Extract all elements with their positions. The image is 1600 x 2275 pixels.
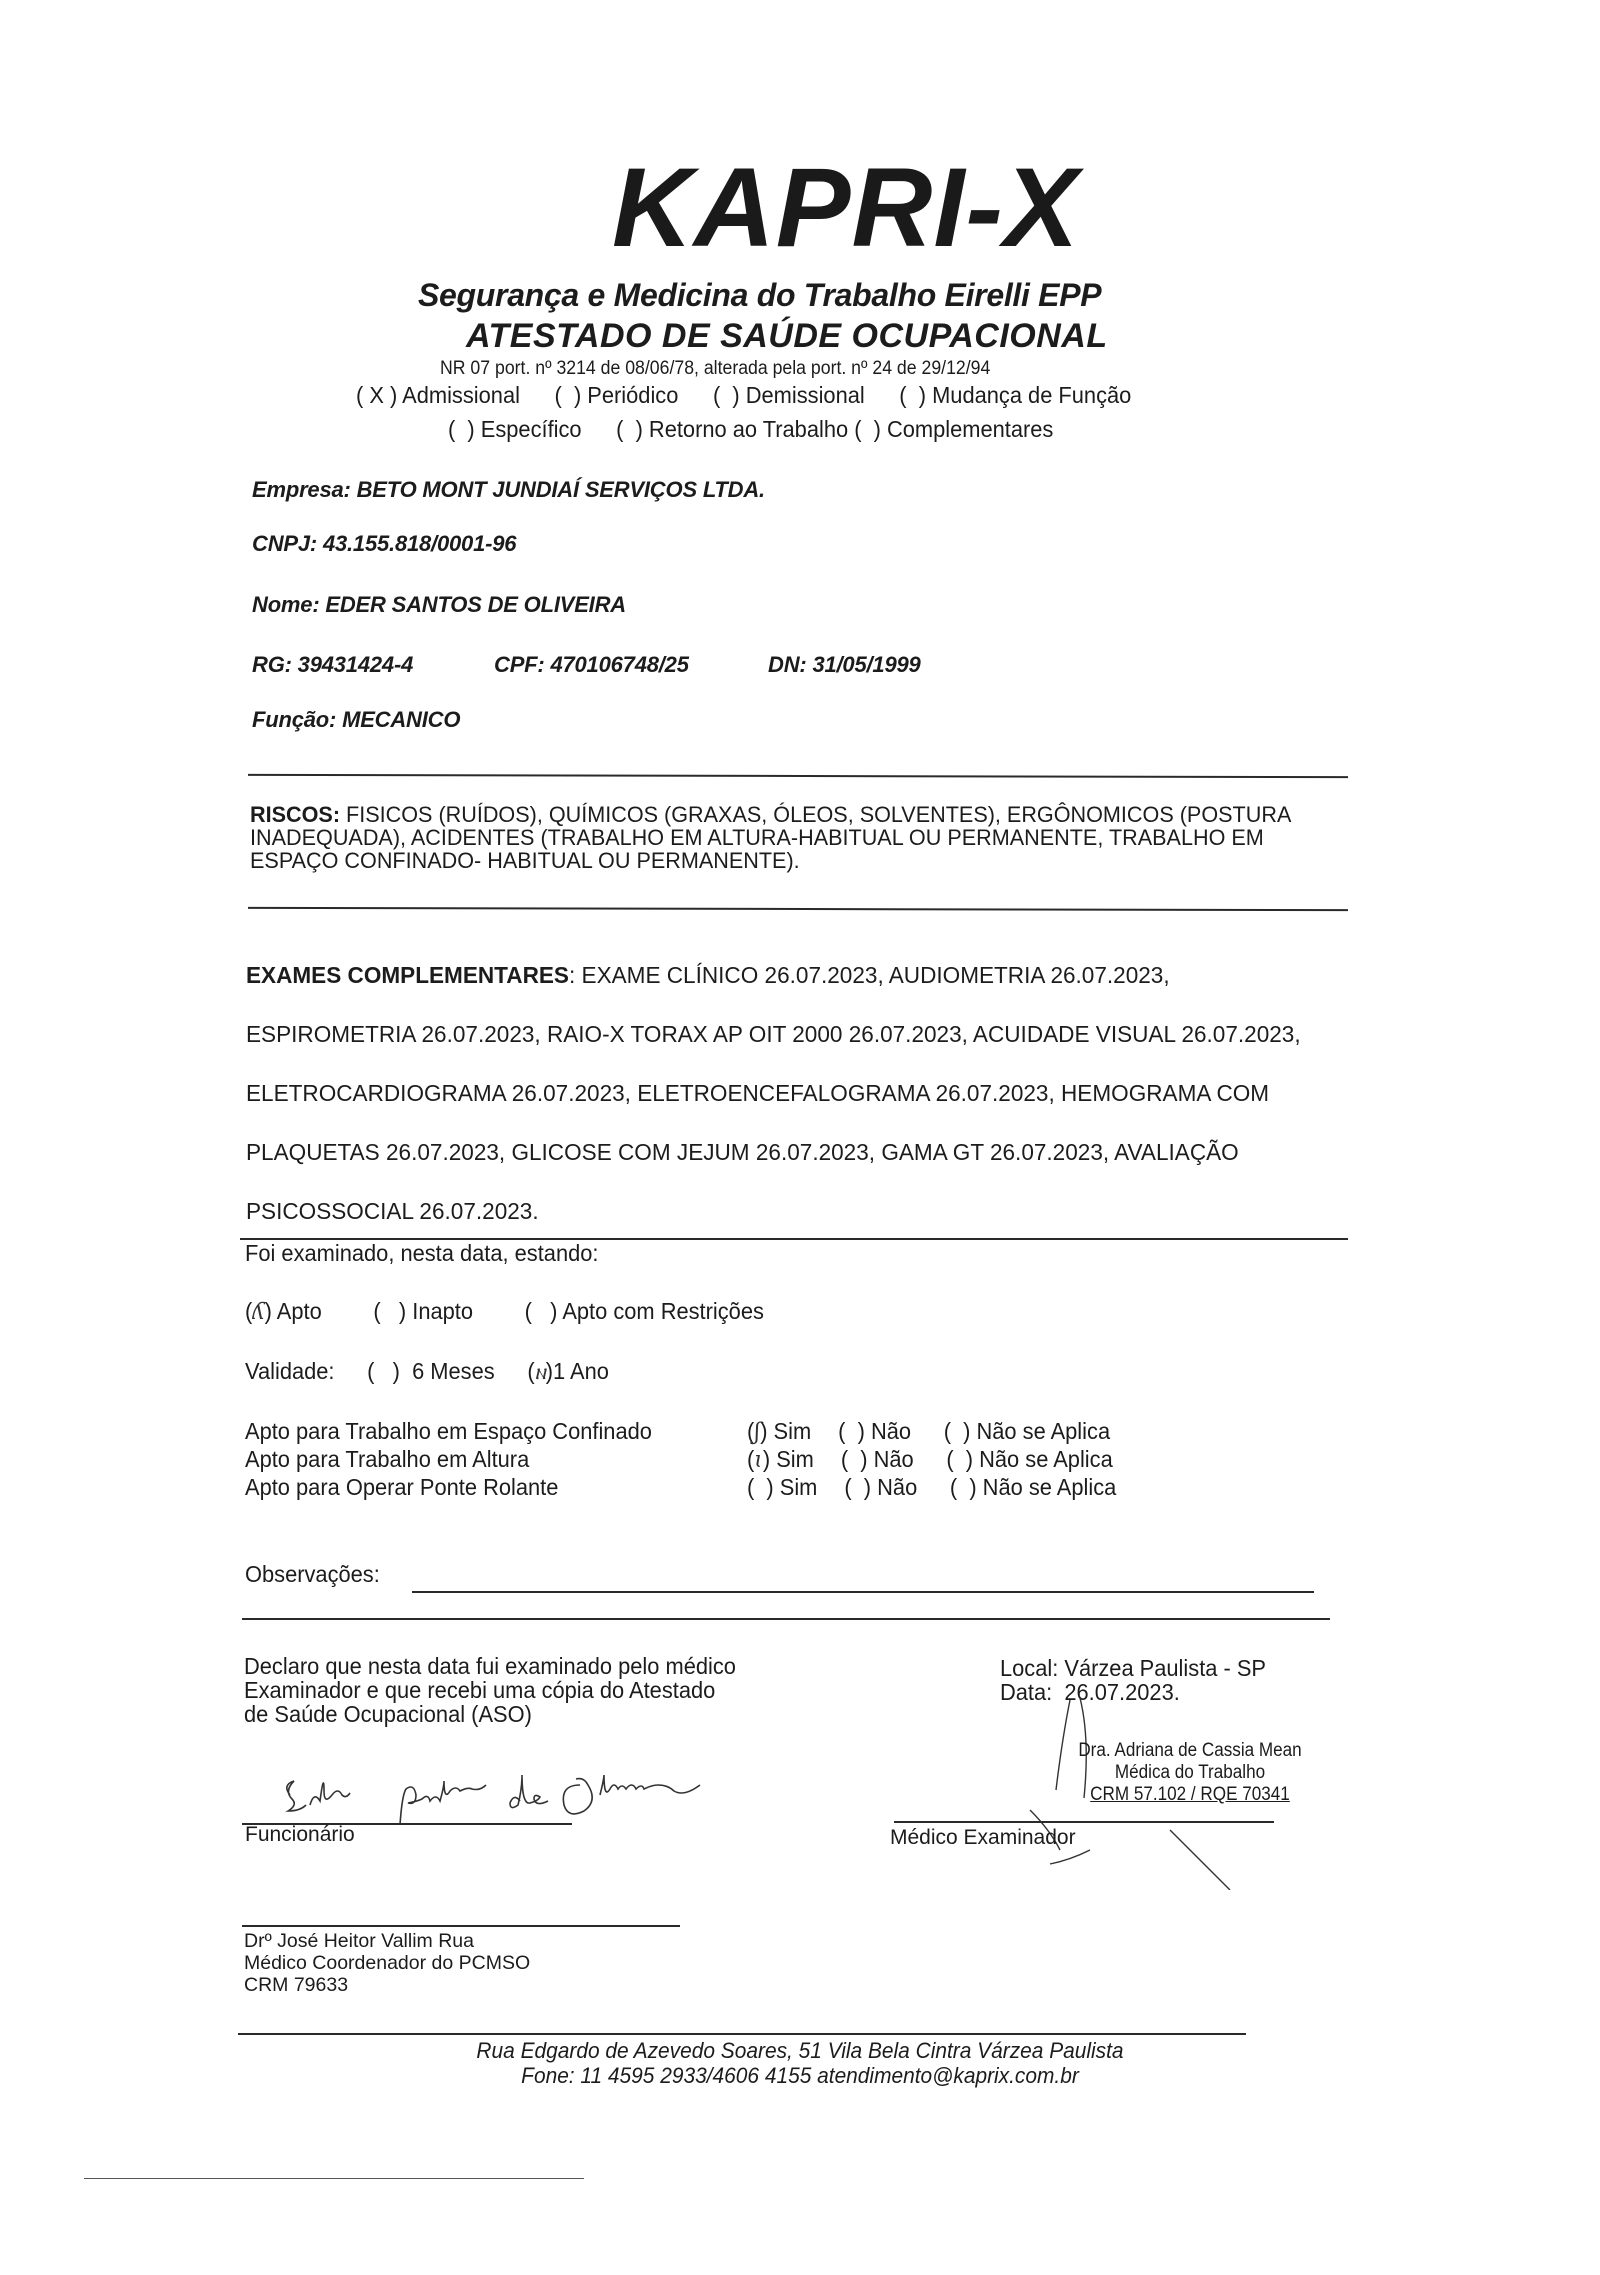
- checkbox-mark: X: [369, 382, 384, 408]
- option-label: 6 Meses: [412, 1358, 495, 1384]
- coordinator-crm: CRM 79633: [244, 1974, 530, 1996]
- local-field: Local: Várzea Paulista - SP: [1000, 1656, 1266, 1680]
- exames-section: EXAMES COMPLEMENTARES: EXAME CLÍNICO 26.…: [246, 946, 1340, 1241]
- option-label: Não se Aplica: [976, 1418, 1110, 1444]
- field-value: 470106748/25: [550, 652, 688, 677]
- option-label: 1 Ano: [553, 1358, 609, 1384]
- coordinator-signature-line: [242, 1925, 680, 1927]
- capability-label: Apto para Operar Ponte Rolante: [245, 1474, 741, 1501]
- nome-field: Nome: EDER SANTOS DE OLIVEIRA: [252, 592, 626, 618]
- option-label: Não se Aplica: [983, 1474, 1117, 1500]
- coordinator-role: Médico Coordenador do PCMSO: [244, 1952, 530, 1974]
- field-label: RG:: [252, 652, 292, 677]
- option-label: Sim: [780, 1474, 818, 1500]
- field-value: 31/05/1999: [812, 652, 920, 677]
- coordinator-block: Drº José Heitor Vallim Rua Médico Coorde…: [244, 1930, 530, 1996]
- option-label: Periódico: [587, 382, 678, 408]
- exam-type-row: ( ) Específico ( ) Retorno ao Trabalho (…: [448, 416, 1053, 443]
- declaration-line: Examinador e que recebi uma cópia do Ate…: [244, 1678, 736, 1702]
- examiner-signature-label: Médico Examinador: [890, 1826, 1076, 1850]
- capability-label: Apto para Trabalho em Espaço Confinado: [245, 1418, 741, 1445]
- validity-1-ano[interactable]: (ⲛ)1 Ano: [527, 1358, 609, 1384]
- field-label: Empresa:: [252, 477, 351, 502]
- option-sim[interactable]: ( ) Sim: [747, 1474, 817, 1501]
- rg-field: RG: 39431424-4: [252, 652, 413, 678]
- doctor-stamp: Dra. Adriana de Cassia Mean Médica do Tr…: [1019, 1740, 1361, 1806]
- status-apto[interactable]: (ʎ) Apto: [245, 1298, 322, 1324]
- exames-label: EXAMES COMPLEMENTARES: [246, 962, 569, 988]
- option-label: Complementares: [887, 416, 1053, 442]
- check-mark-icon: ⲛ: [535, 1359, 546, 1385]
- riscos-text: FISICOS (RUÍDOS), QUÍMICOS (GRAXAS, ÓLEO…: [250, 802, 1290, 873]
- divider: [248, 774, 1348, 778]
- capability-row: Apto para Trabalho em Espaço Confinado (…: [245, 1418, 1131, 1445]
- employee-signature-label: Funcionário: [245, 1823, 355, 1847]
- field-value: MECANICO: [342, 707, 460, 732]
- declaration-line: Declaro que nesta data fui examinado pel…: [244, 1654, 736, 1678]
- examined-statement: Foi examinado, nesta data, estando:: [245, 1240, 598, 1267]
- option-label: Não: [871, 1418, 911, 1444]
- field-label: Local:: [1000, 1655, 1058, 1681]
- option-sim[interactable]: (ɩ) Sim: [747, 1446, 814, 1473]
- field-value: EDER SANTOS DE OLIVEIRA: [325, 592, 626, 617]
- company-subtitle: Segurança e Medicina do Trabalho Eirelli…: [418, 277, 1101, 314]
- riscos-label: RISCOS:: [250, 802, 340, 827]
- option-label: Retorno ao Trabalho: [649, 416, 848, 442]
- option-nao[interactable]: ( ) Não: [841, 1446, 914, 1473]
- empresa-field: Empresa: BETO MONT JUNDIAÍ SERVIÇOS LTDA…: [252, 477, 765, 503]
- check-mark-icon: ʎ: [252, 1299, 264, 1325]
- fitness-status-row: (ʎ) Apto ( ) Inapto ( ) Apto com Restriç…: [245, 1298, 764, 1325]
- exam-type-demissional[interactable]: ( ) Demissional: [713, 382, 865, 408]
- coordinator-name: Drº José Heitor Vallim Rua: [244, 1930, 530, 1952]
- declaration-line: de Saúde Ocupacional (ASO): [244, 1702, 736, 1726]
- cnpj-field: CNPJ: 43.155.818/0001-96: [252, 531, 516, 557]
- footer-contact: Fone: 11 4595 2933/4606 4155 atendimento…: [40, 2063, 1560, 2088]
- option-label: Apto: [277, 1298, 322, 1324]
- option-label: Específico: [481, 416, 582, 442]
- observacoes-field[interactable]: [412, 1591, 1314, 1593]
- observacoes-field-continued[interactable]: [242, 1618, 1330, 1620]
- stamp-role: Médica do Trabalho: [1019, 1762, 1361, 1784]
- exam-type-periodico[interactable]: ( ) Periódico: [555, 382, 679, 408]
- declaration-text: Declaro que nesta data fui examinado pel…: [244, 1654, 736, 1726]
- capability-label: Apto para Trabalho em Altura: [245, 1446, 741, 1473]
- option-label: Apto com Restrições: [562, 1298, 764, 1324]
- exam-type-mudanca-funcao[interactable]: ( ) Mudança de Função: [899, 382, 1131, 408]
- exames-list: : EXAME CLÍNICO 26.07.2023, AUDIOMETRIA …: [246, 962, 1301, 1224]
- option-label: Sim: [776, 1446, 814, 1472]
- exam-type-especifico[interactable]: ( ) Específico: [448, 416, 582, 442]
- legal-reference: NR 07 port. nº 3214 de 08/06/78, alterad…: [440, 358, 990, 380]
- field-label: CPF:: [494, 652, 545, 677]
- option-label: Não: [877, 1474, 917, 1500]
- exam-type-row: ( X ) Admissional ( ) Periódico ( ) Demi…: [356, 382, 1160, 409]
- stamp-name: Dra. Adriana de Cassia Mean: [1019, 1740, 1361, 1762]
- option-nao-se-aplica[interactable]: ( ) Não se Aplica: [944, 1418, 1110, 1445]
- option-label: Não se Aplica: [979, 1446, 1113, 1472]
- option-label: Admissional: [402, 382, 520, 408]
- field-value: Várzea Paulista - SP: [1064, 1655, 1266, 1681]
- birthdate-field: DN: 31/05/1999: [768, 652, 921, 678]
- capability-row: Apto para Trabalho em Altura (ɩ) Sim ( )…: [245, 1446, 1134, 1473]
- document-title: ATESTADO DE SAÚDE OCUPACIONAL: [466, 317, 1108, 356]
- observacoes-label: Observações:: [245, 1561, 380, 1588]
- option-nao[interactable]: ( ) Não: [844, 1474, 917, 1501]
- field-label: Nome:: [252, 592, 319, 617]
- examiner-signature-line: [894, 1821, 1274, 1823]
- option-label: Não: [874, 1446, 914, 1472]
- field-label: DN:: [768, 652, 807, 677]
- field-value: 43.155.818/0001-96: [323, 531, 516, 556]
- validity-row: Validade: ( ) 6 Meses (ⲛ)1 Ano: [245, 1358, 609, 1385]
- exam-type-admissional[interactable]: ( X ) Admissional: [356, 382, 520, 408]
- option-nao-se-aplica[interactable]: ( ) Não se Aplica: [946, 1446, 1112, 1473]
- option-nao[interactable]: ( ) Não: [838, 1418, 911, 1445]
- company-logo: KAPRI-X: [612, 152, 1079, 264]
- footer: Rua Edgardo de Azevedo Soares, 51 Vila B…: [0, 2038, 1600, 2088]
- exam-type-retorno[interactable]: ( ) Retorno ao Trabalho: [616, 416, 848, 442]
- stamp-crm: CRM 57.102 / RQE 70341: [1019, 1784, 1361, 1806]
- option-label: Demissional: [746, 382, 865, 408]
- option-label: Mudança de Função: [932, 382, 1131, 408]
- status-apto-restricoes[interactable]: ( ) Apto com Restrições: [525, 1298, 764, 1324]
- check-mark-icon: ɩ: [754, 1447, 763, 1473]
- riscos-section: RISCOS: FISICOS (RUÍDOS), QUÍMICOS (GRAX…: [250, 803, 1325, 872]
- option-nao-se-aplica[interactable]: ( ) Não se Aplica: [950, 1474, 1116, 1501]
- divider: [248, 907, 1348, 911]
- field-value: 39431424-4: [298, 652, 413, 677]
- option-label: Sim: [774, 1418, 812, 1444]
- validity-label: Validade:: [245, 1358, 334, 1384]
- funcao-field: Função: MECANICO: [252, 707, 460, 733]
- option-label: Inapto: [412, 1298, 473, 1324]
- option-sim[interactable]: (ʃ) Sim: [747, 1418, 811, 1445]
- cpf-field: CPF: 470106748/25: [494, 652, 689, 678]
- exam-type-complementares[interactable]: ( ) Complementares: [854, 416, 1053, 442]
- field-value: BETO MONT JUNDIAÍ SERVIÇOS LTDA.: [357, 477, 765, 502]
- field-label: CNPJ:: [252, 531, 317, 556]
- field-label: Função:: [252, 707, 336, 732]
- status-inapto[interactable]: ( ) Inapto: [373, 1298, 473, 1324]
- footer-divider: [238, 2033, 1246, 2035]
- validity-6-meses[interactable]: ( ) 6 Meses: [367, 1358, 495, 1384]
- capability-row: Apto para Operar Ponte Rolante ( ) Sim (…: [245, 1474, 1137, 1501]
- footer-address: Rua Edgardo de Azevedo Soares, 51 Vila B…: [40, 2038, 1560, 2063]
- bottom-divider: [84, 2178, 584, 2179]
- check-mark-icon: ʃ: [754, 1419, 760, 1445]
